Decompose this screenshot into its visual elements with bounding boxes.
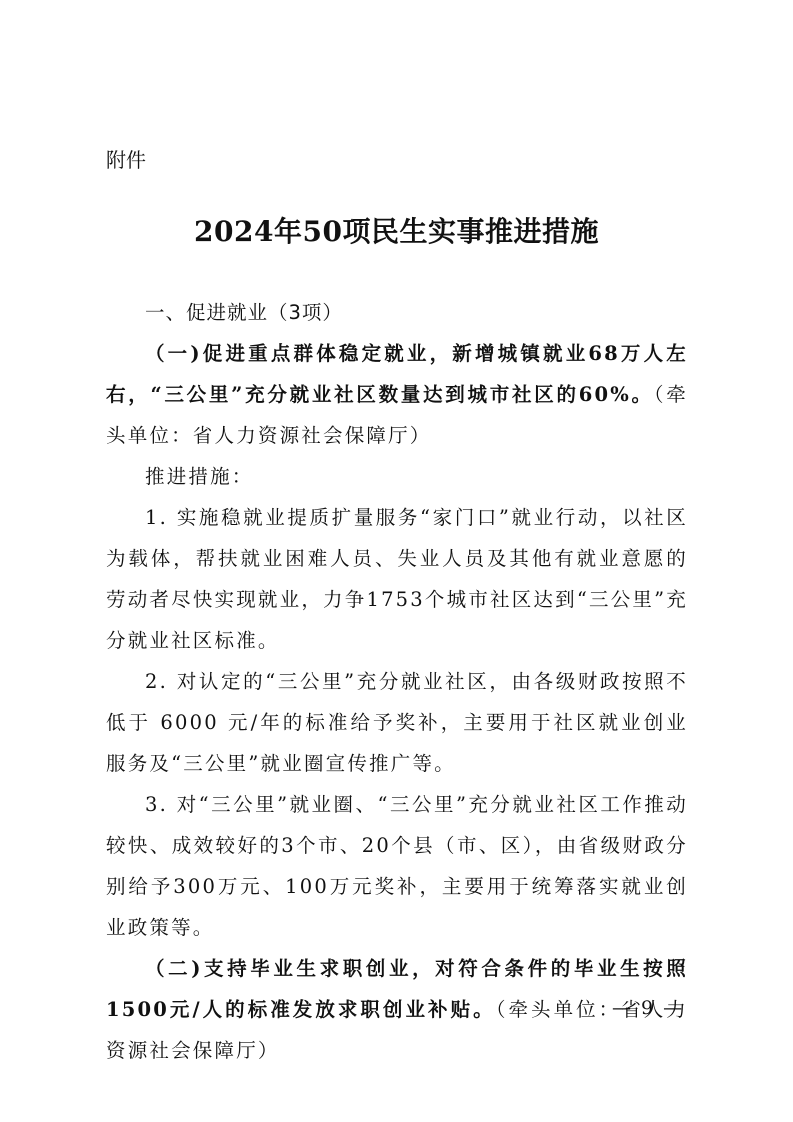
page-number: — 9 — bbox=[612, 994, 684, 1022]
measures-label: 推进措施： bbox=[106, 456, 688, 497]
measure-item: 2. 对认定的“三公里”充分就业社区，由各级财政按照不低于 6000 元/年的标… bbox=[106, 661, 688, 784]
document-body: 一、促进就业（3项） （一)促进重点群体稳定就业，新增城镇就业68万人左右，“三… bbox=[106, 292, 688, 1071]
item-paragraph: （二)支持毕业生求职创业，对符合条件的毕业生按照1500元/人的标准发放求职创业… bbox=[106, 948, 688, 1071]
section-heading: 一、促进就业（3项） bbox=[106, 292, 688, 333]
item-paragraph: （一)促进重点群体稳定就业，新增城镇就业68万人左右，“三公里”充分就业社区数量… bbox=[106, 333, 688, 456]
measure-item: 1. 实施稳就业提质扩量服务“家门口”就业行动，以社区为载体，帮扶就业困难人员、… bbox=[106, 497, 688, 661]
item-title: （一)促进重点群体稳定就业，新增城镇就业68万人左右，“三公里”充分就业社区数量… bbox=[106, 342, 688, 406]
measure-item: 3. 对“三公里”就业圈、“三公里”充分就业社区工作推动较快、成效较好的3个市、… bbox=[106, 784, 688, 948]
document-title: 2024年50项民生实事推进措施 bbox=[0, 212, 793, 252]
attachment-label: 附件 bbox=[106, 146, 146, 174]
